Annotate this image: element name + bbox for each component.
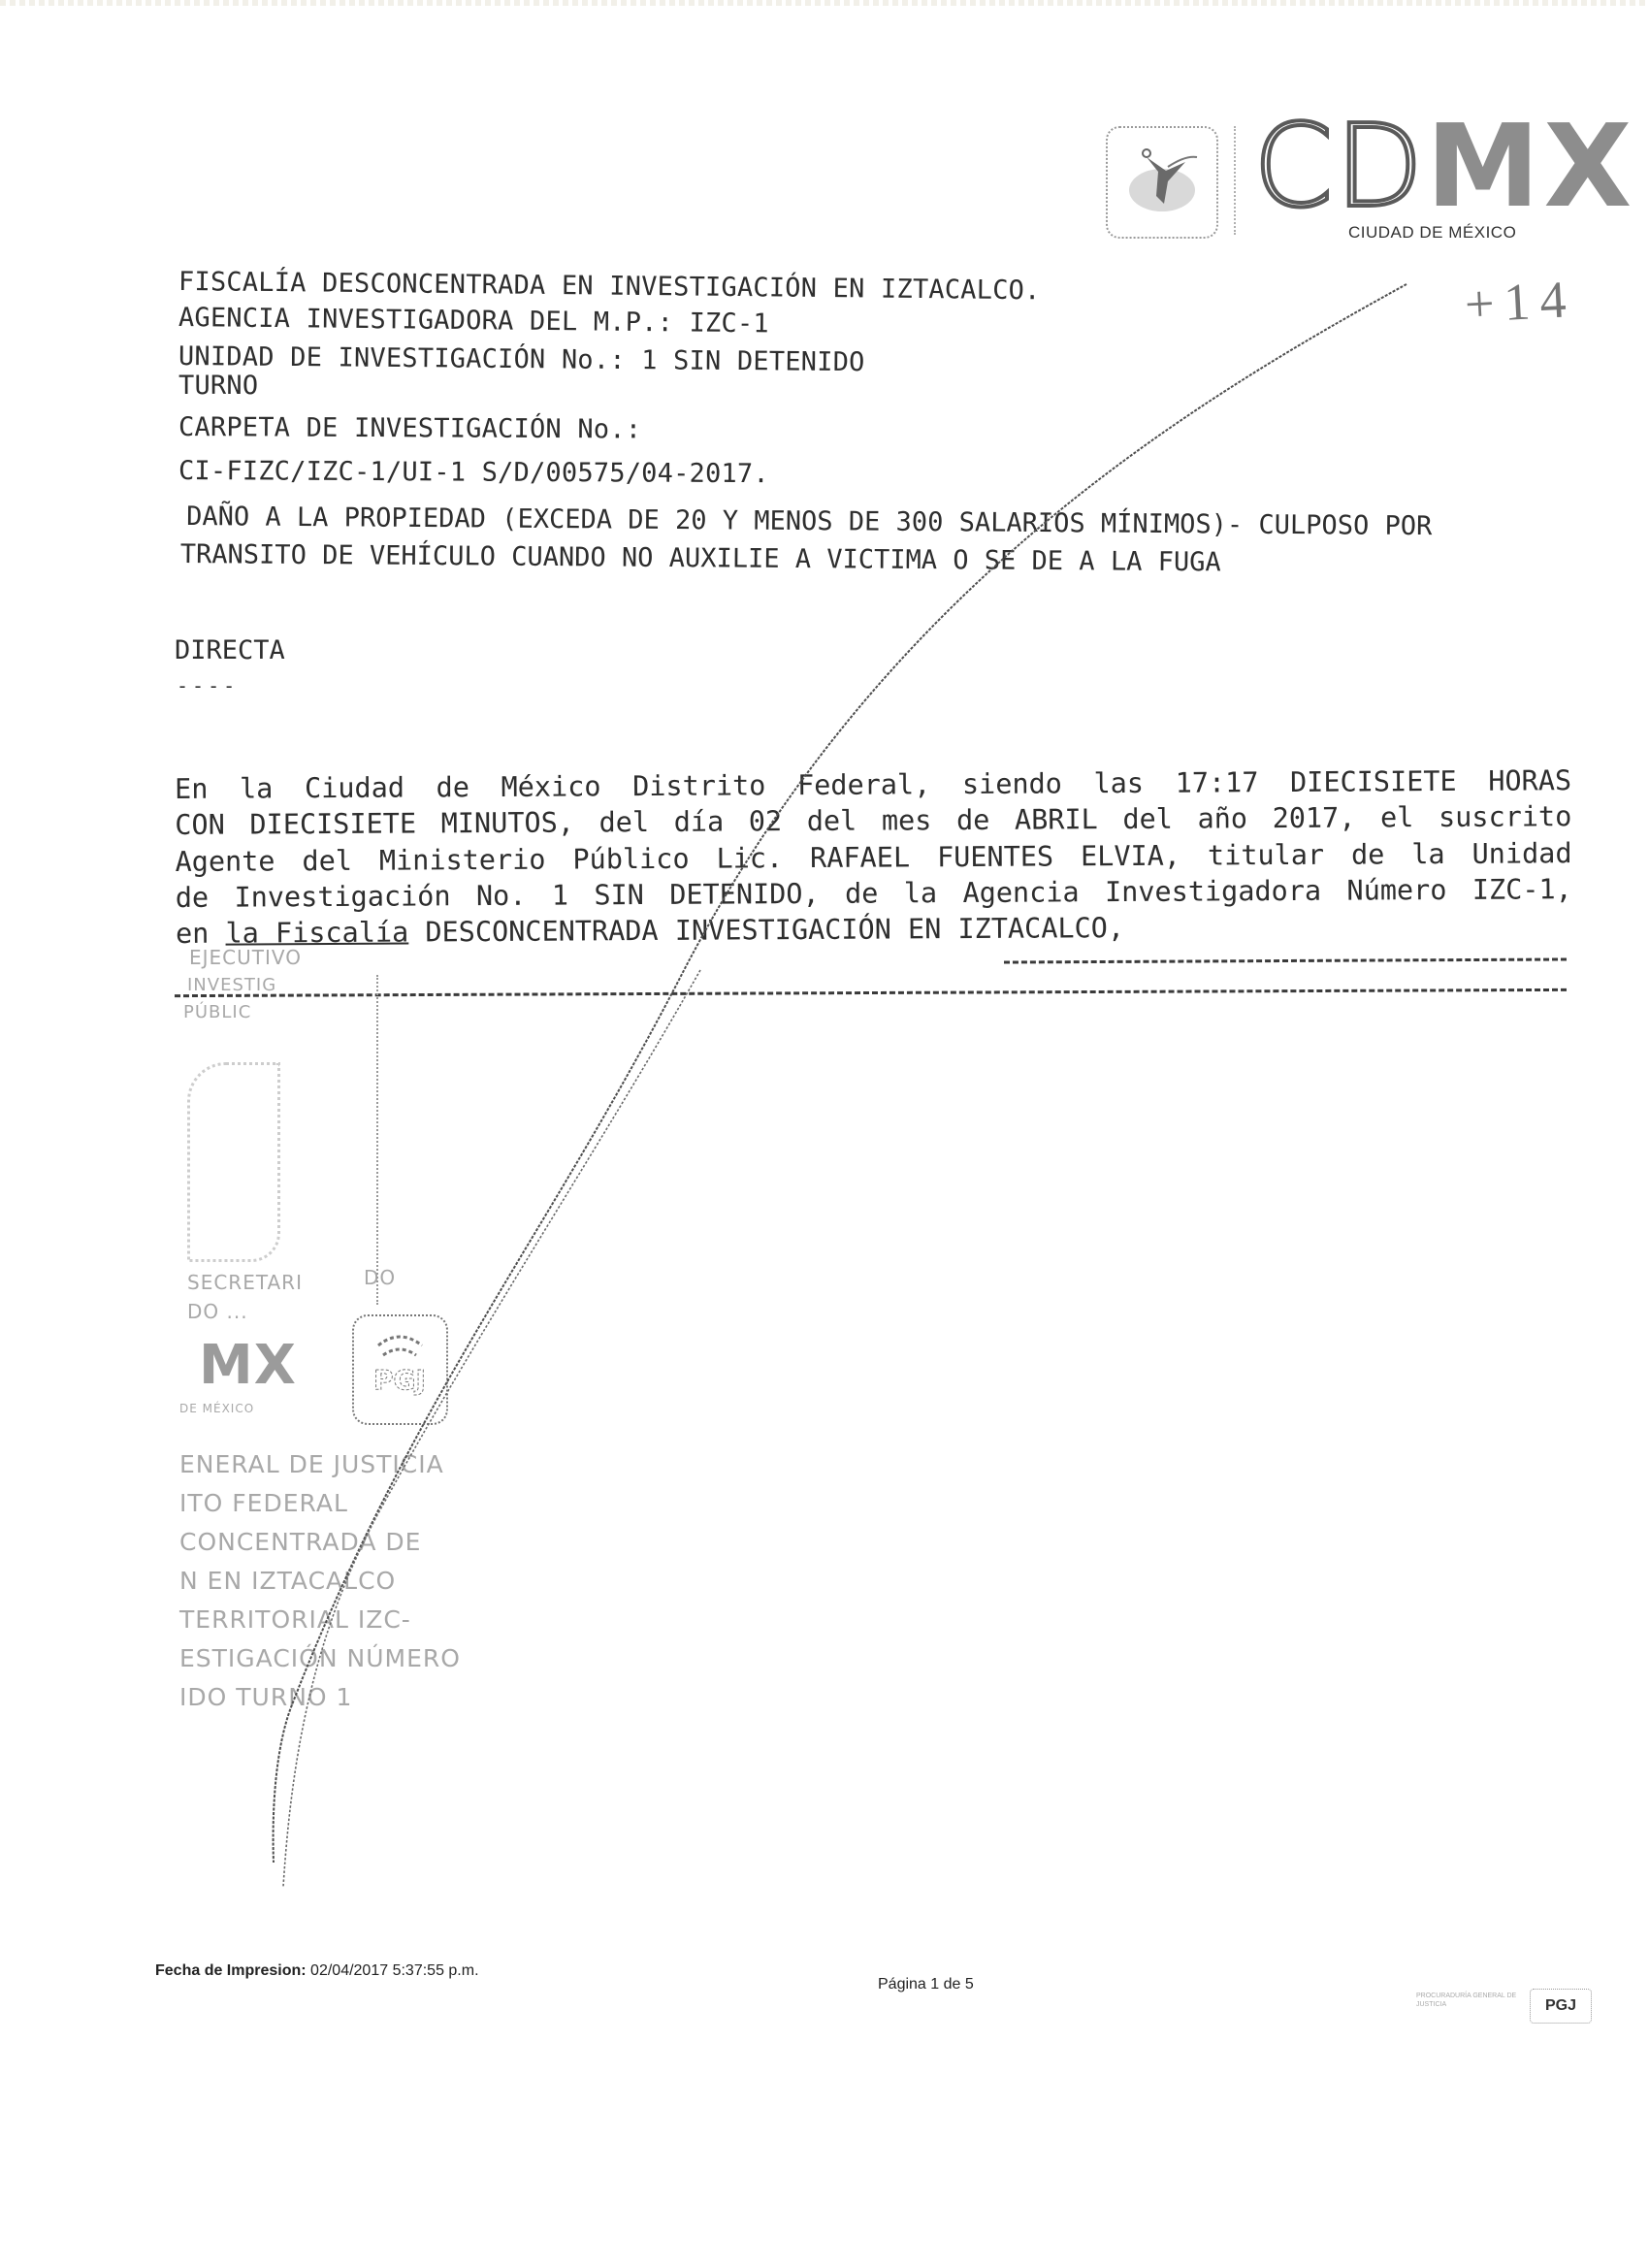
- stamp-text: IDO TURNO 1: [179, 1683, 352, 1711]
- header-agencia: AGENCIA INVESTIGADORA DEL M.P.: IZC-1: [178, 303, 769, 339]
- print-date: Fecha de Impresion: 02/04/2017 5:37:55 p…: [155, 1962, 479, 1980]
- handwritten-page-number: +14: [1463, 269, 1577, 335]
- stamp-text: N EN IZTACALCO: [179, 1567, 396, 1595]
- stamp-text: DO: [364, 1266, 396, 1289]
- body-underlined-text: la Fiscalía: [225, 917, 408, 950]
- print-date-label: Fecha de Impresion:: [155, 1962, 307, 1979]
- crime-description: DAÑO A LA PROPIEDAD (EXCEDA DE 20 Y MENO…: [180, 498, 1617, 585]
- header-fiscalia: FISCALÍA DESCONCENTRADA EN INVESTIGACIÓN…: [178, 267, 1041, 306]
- angel-emblem-icon: [1108, 128, 1216, 237]
- stamp-text: CONCENTRADA DE: [179, 1528, 421, 1556]
- pgj-seal-icon: PGJ: [354, 1316, 446, 1423]
- logo-brand-mx: MX: [1426, 109, 1635, 223]
- cdmx-emblem: [1106, 126, 1218, 239]
- logo-brand-cd: CD: [1253, 109, 1425, 223]
- logo-subtitle: CIUDAD DE MÉXICO: [1348, 223, 1516, 243]
- body-text: DESCONCENTRADA INVESTIGACIÓN EN IZTACALC…: [408, 912, 1124, 949]
- print-time-value: 5:37:55 p.m.: [393, 1962, 479, 1979]
- logo-divider: [1234, 126, 1236, 235]
- stamp-text: ENERAL DE JUSTICIA: [179, 1450, 444, 1478]
- section-separator: ----: [177, 674, 239, 697]
- section-title: DIRECTA: [175, 635, 285, 665]
- pgj-caption: PROCURADURÍA GENERAL DE JUSTICIA: [1416, 1992, 1523, 2009]
- stamp-cdmx-mark: MX: [199, 1334, 297, 1397]
- stamp-border-line: [376, 975, 378, 1305]
- official-stamp: EJECUTIVO INVESTIG PÚBLIC SECRETARI DO .…: [179, 946, 500, 1722]
- header-carpeta-label: CARPETA DE INVESTIGACIÓN No.:: [178, 412, 641, 444]
- stamp-text: EJECUTIVO: [189, 946, 302, 969]
- scan-artifact-top-edge: [0, 0, 1649, 6]
- body-paragraph: En la Ciudad de México Distrito Federal,…: [175, 762, 1572, 952]
- stamp-text: DE MÉXICO: [179, 1402, 254, 1415]
- print-date-value: 02/04/2017: [310, 1962, 388, 1979]
- page-indicator: Página 1 de 5: [878, 1976, 974, 1993]
- stamp-text: DO ...: [187, 1300, 248, 1323]
- header-unidad: UNIDAD DE INVESTIGACIÓN No.: 1 SIN DETEN…: [178, 341, 865, 377]
- svg-text:PGJ: PGJ: [373, 1364, 426, 1396]
- stamp-graphic: [187, 1062, 280, 1262]
- stamp-text: SECRETARI: [187, 1271, 303, 1294]
- stamp-text: INVESTIG: [187, 975, 276, 995]
- stamp-text: PÚBLIC: [183, 1002, 251, 1022]
- filler-dash-line: [1004, 957, 1567, 963]
- stamp-text: ITO FEDERAL: [179, 1489, 348, 1517]
- header-turno: TURNO: [178, 371, 258, 401]
- pgj-logo: PGJ: [1530, 1989, 1592, 2024]
- header-carpeta-number: CI-FIZC/IZC-1/UI-1 S/D/00575/04-2017.: [178, 456, 769, 489]
- stamp-text: ESTIGACIÓN NÚMERO: [179, 1644, 461, 1672]
- stamp-text: TERRITORIAL IZC-: [179, 1605, 411, 1634]
- stamp-pgj-seal: PGJ: [352, 1314, 448, 1425]
